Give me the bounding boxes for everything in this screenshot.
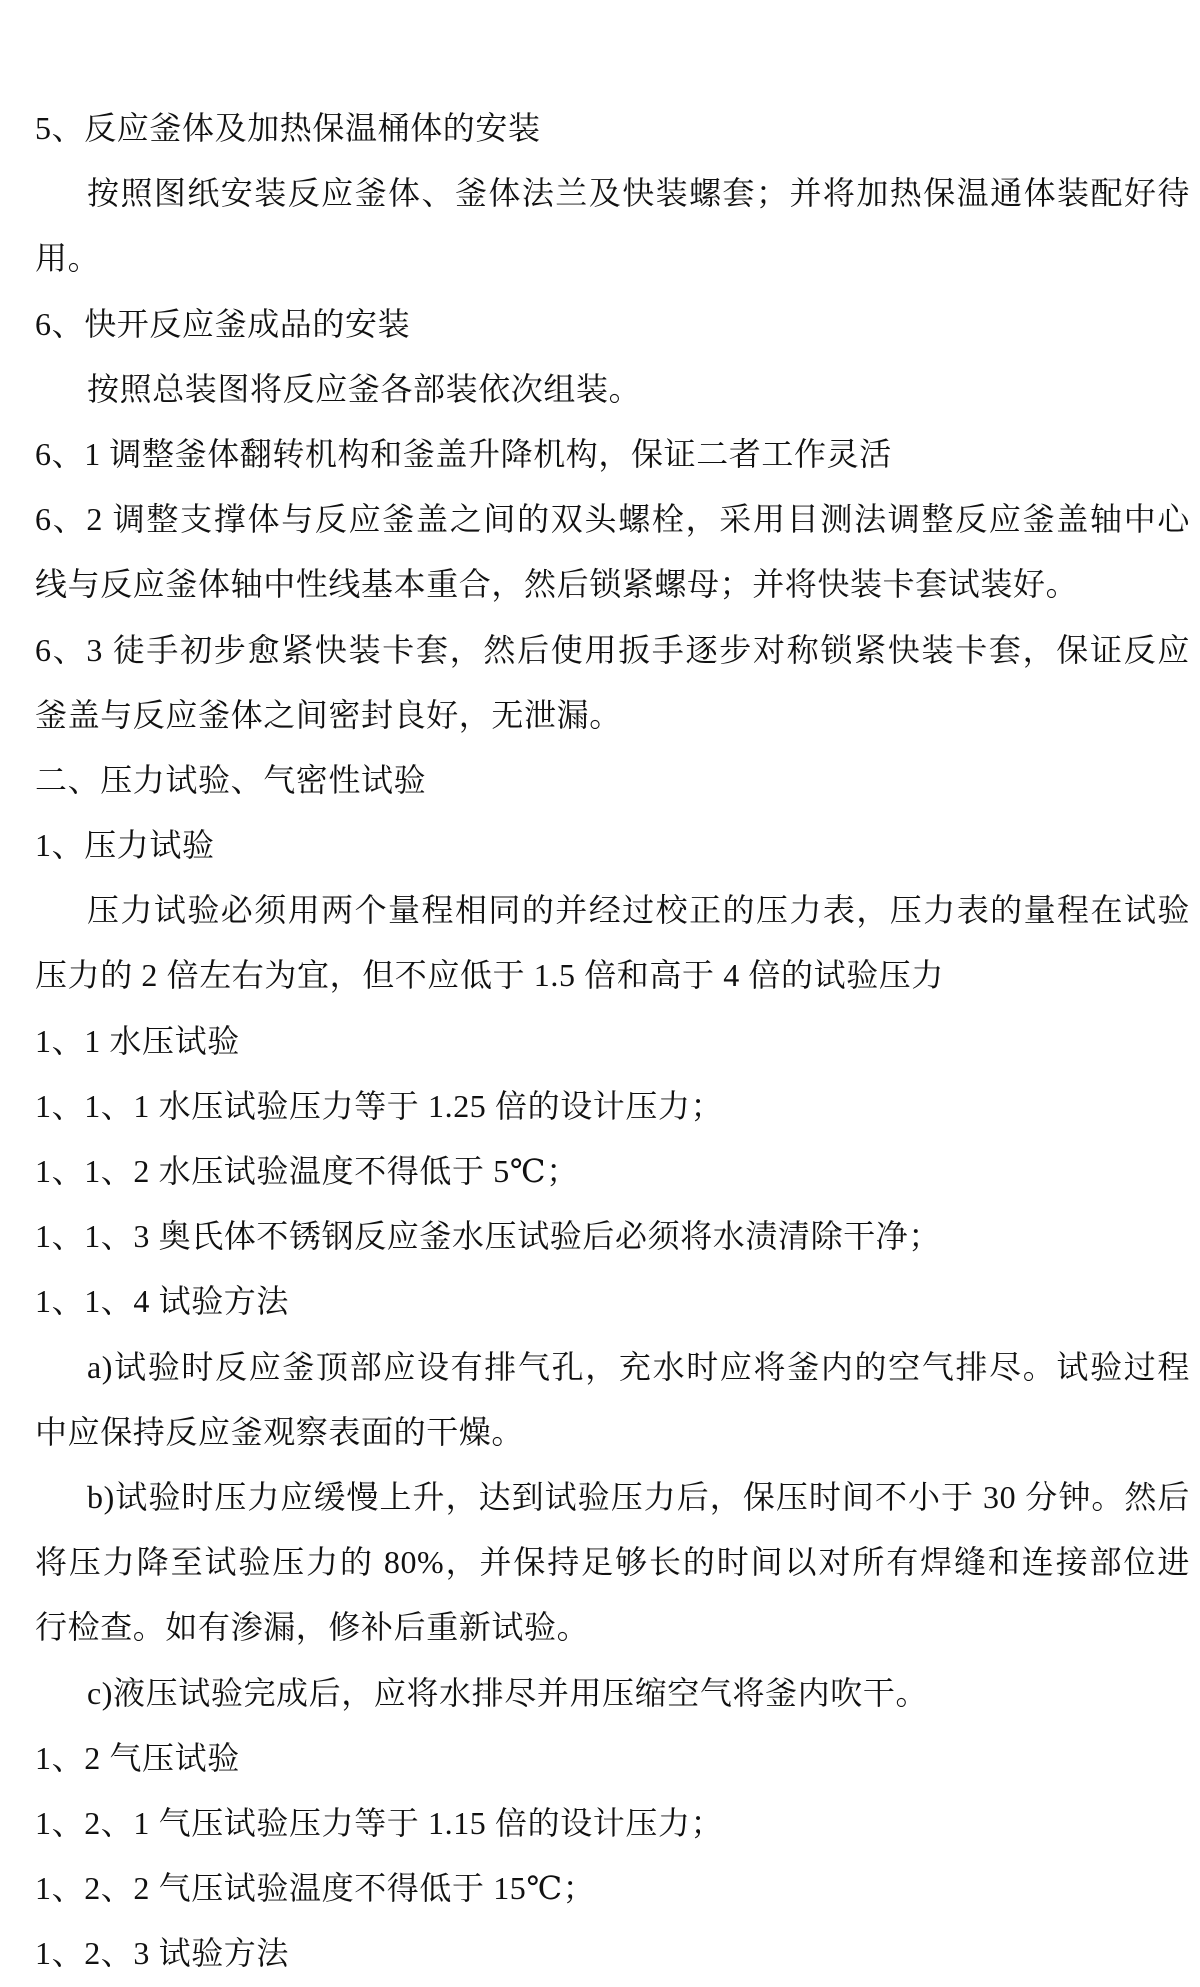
text-line: 中应保持反应釜观察表面的干燥。 xyxy=(35,1400,1190,1465)
text-line: 5、反应釜体及加热保温桶体的安装 xyxy=(35,96,1190,161)
text-line: 1、2、2 气压试验温度不得低于 15℃； xyxy=(35,1856,1190,1921)
text-line: 1、压力试验 xyxy=(35,813,1190,878)
text-line: 1、2、3 试验方法 xyxy=(35,1921,1190,1986)
text-line: 行检查。如有渗漏，修补后重新试验。 xyxy=(35,1595,1190,1660)
text-line: 用。 xyxy=(35,226,1190,291)
text-line: 1、1 水压试验 xyxy=(35,1009,1190,1074)
text-line: 二、压力试验、气密性试验 xyxy=(35,748,1190,813)
text-line: 1、1、1 水压试验压力等于 1.25 倍的设计压力； xyxy=(35,1074,1190,1139)
text-line: 6、3 徒手初步愈紧快装卡套，然后使用扳手逐步对称锁紧快装卡套，保证反应 xyxy=(35,618,1190,683)
text-line: 6、快开反应釜成品的安装 xyxy=(35,292,1190,357)
text-line: 压力的 2 倍左右为宜，但不应低于 1.5 倍和高于 4 倍的试验压力 xyxy=(35,943,1190,1008)
text-line: 1、2 气压试验 xyxy=(35,1726,1190,1791)
text-line: 压力试验必须用两个量程相同的并经过校正的压力表，压力表的量程在试验 xyxy=(35,878,1190,943)
text-line: b)试验时压力应缓慢上升，达到试验压力后，保压时间不小于 30 分钟。然后 xyxy=(35,1465,1190,1530)
text-line: 6、2 调整支撑体与反应釜盖之间的双头螺栓，采用目测法调整反应釜盖轴中心 xyxy=(35,487,1190,552)
text-line: 6、1 调整釜体翻转机构和釜盖升降机构，保证二者工作灵活 xyxy=(35,422,1190,487)
text-line: 1、2、1 气压试验压力等于 1.15 倍的设计压力； xyxy=(35,1791,1190,1856)
text-line: 按照总装图将反应釜各部装依次组装。 xyxy=(35,357,1190,422)
text-line: a)试验时反应釜顶部应设有排气孔，充水时应将釜内的空气排尽。试验过程 xyxy=(35,1335,1190,1400)
text-line: 线与反应釜体轴中性线基本重合，然后锁紧螺母；并将快装卡套试装好。 xyxy=(35,552,1190,617)
document-body: 5、反应釜体及加热保温桶体的安装按照图纸安装反应釜体、釜体法兰及快装螺套；并将加… xyxy=(35,96,1190,1986)
text-line: c)液压试验完成后，应将水排尽并用压缩空气将釜内吹干。 xyxy=(35,1661,1190,1726)
text-line: 1、1、3 奥氏体不锈钢反应釜水压试验后必须将水渍清除干净； xyxy=(35,1204,1190,1269)
text-line: 釜盖与反应釜体之间密封良好，无泄漏。 xyxy=(35,683,1190,748)
text-line: 1、1、4 试验方法 xyxy=(35,1269,1190,1334)
text-line: 1、1、2 水压试验温度不得低于 5℃； xyxy=(35,1139,1190,1204)
text-line: 按照图纸安装反应釜体、釜体法兰及快装螺套；并将加热保温通体装配好待 xyxy=(35,161,1190,226)
text-line: 将压力降至试验压力的 80%，并保持足够长的时间以对所有焊缝和连接部位进 xyxy=(35,1530,1190,1595)
